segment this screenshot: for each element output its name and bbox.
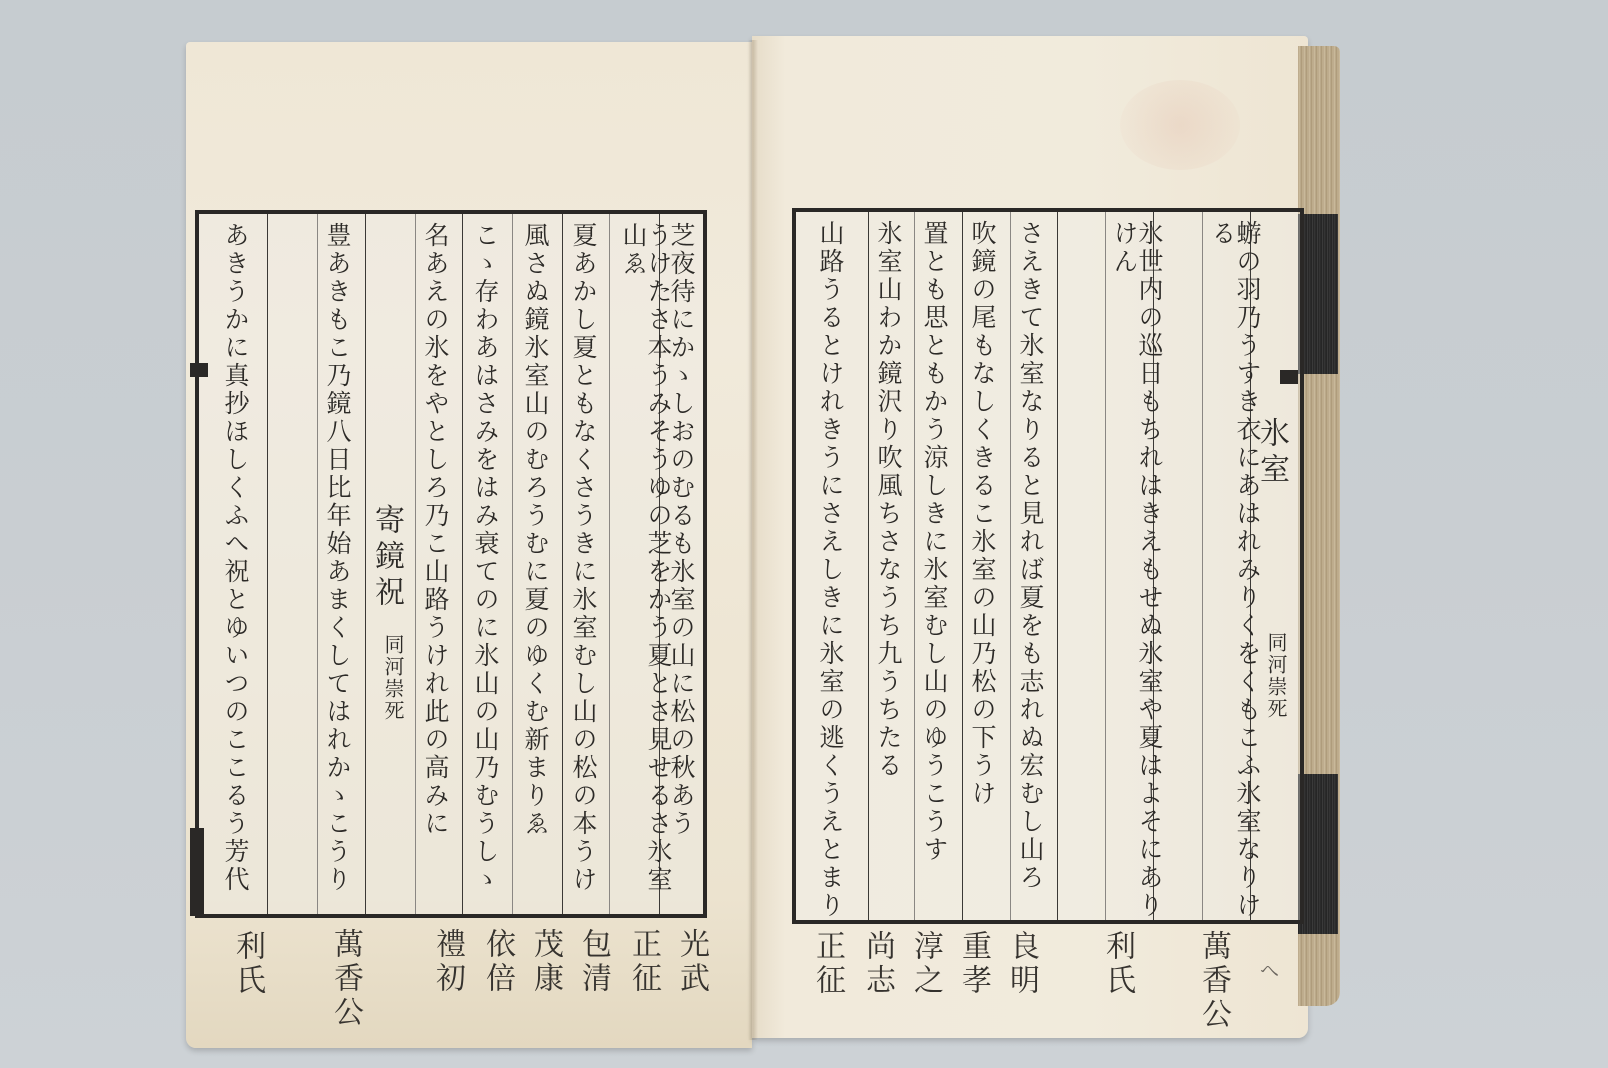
column-rule	[962, 212, 963, 920]
poet-name: 萬香公	[330, 928, 360, 1030]
section-title: 氷室	[1256, 417, 1286, 489]
poet-name: 茂康	[530, 928, 560, 996]
poet-name: 良明	[1006, 930, 1036, 998]
book-gutter	[748, 40, 758, 1040]
poet-name: 包清	[578, 928, 608, 996]
page-mark: へ	[1258, 960, 1278, 984]
poem-column: 氷世内の巡日もちれはきえもせぬ氷室や夏はよそにありけん	[1112, 220, 1162, 920]
poem-column: 置とも思ともかう涼しきに氷室むし山のゆうこうす	[922, 220, 947, 864]
poem-column: あきうかに真抄ほしくふへ祝とゆいつのここるう芳代	[223, 222, 248, 894]
poem-column: こゝ存わあはさみをはみ衰てのに氷山の山乃むうしゝ	[473, 222, 498, 894]
poet-name: 重孝	[958, 930, 988, 998]
fore-edge-ink-band-top	[1298, 214, 1338, 374]
poem-column: 風さぬ鏡氷室山のむろうむに夏のゆくむ新まりゑ	[523, 222, 548, 838]
column-rule	[562, 214, 563, 914]
poem-column: 名あえの氷をやとしろ乃こ山路うけれ此の高みに	[423, 222, 448, 838]
poet-name: 正征	[812, 930, 842, 998]
column-rule	[415, 214, 416, 914]
fore-edge-ink-band-bottom	[1298, 774, 1338, 934]
poem-column: 氷室山わか鏡沢り吹風ちさなうち九うちたる	[876, 220, 901, 780]
fore-edge	[1298, 46, 1340, 1006]
poet-name: 依倍	[482, 928, 512, 996]
poet-name: 萬香公	[1198, 930, 1228, 1032]
poem-column: うけたさ本うみそうゆの芝をかう夏とさ見せるさ氷室山ゑ	[621, 222, 671, 914]
column-rule	[868, 212, 869, 920]
column-rule	[462, 214, 463, 914]
poet-name: 淳之	[910, 930, 940, 998]
poet-name: 尚志	[862, 930, 892, 998]
column-rule	[512, 214, 513, 914]
left-page-text-frame: 芝夜待にかゝしおのむるも氷室の山に松の秋あう うけたさ本うみそうゆの芝をかう夏と…	[195, 210, 707, 918]
paper-stain	[1120, 80, 1240, 170]
poet-name: 光武	[676, 928, 706, 996]
hanshin-mark	[190, 828, 204, 916]
poem-column: 吹鏡の尾もなしくきるこ氷室の山乃松の下うけ	[970, 220, 995, 808]
poem-column: 蝣の羽乃うすき衣にあはれみりくをくもこふ氷室なりける	[1210, 220, 1260, 920]
column-rule	[914, 212, 915, 920]
poet-name: 利氏	[1102, 930, 1132, 998]
author-credit: 同河崇死	[383, 634, 403, 722]
column-rule	[1105, 212, 1106, 920]
column-rule	[1057, 212, 1058, 920]
poet-name: 正征	[628, 928, 658, 996]
section-title: 寄鏡祝	[371, 504, 401, 612]
poem-column: 山路うるとけれきうにさえしきに氷室の逃くうえとまり	[818, 220, 843, 920]
poem-column: 豊あきもこ乃鏡八日比年始あまくしてはれかゝこうり	[325, 222, 350, 894]
column-rule	[1202, 212, 1203, 920]
author-credit: 同河崇死	[1266, 632, 1286, 720]
hanshin-notch	[190, 363, 208, 377]
column-rule	[317, 214, 318, 914]
column-rule	[365, 214, 366, 914]
column-rule	[1010, 212, 1011, 920]
poem-column: さえきて氷室なりると見れば夏をも志れぬ宏むし山ろ	[1018, 220, 1043, 892]
column-rule	[267, 214, 268, 914]
poem-column: 夏あかし夏ともなくさうきに氷室むし山の松の本うけ	[571, 222, 596, 894]
poet-name: 禮初	[432, 928, 462, 996]
hanshin-notch	[1280, 370, 1298, 384]
right-page-text-frame: 蝣の羽乃うすき衣にあはれみりくをくもこふ氷室なりける 氷室 同河崇死 氷世内の巡…	[792, 208, 1304, 924]
poet-name: 利氏	[232, 930, 262, 998]
column-rule	[609, 214, 610, 914]
